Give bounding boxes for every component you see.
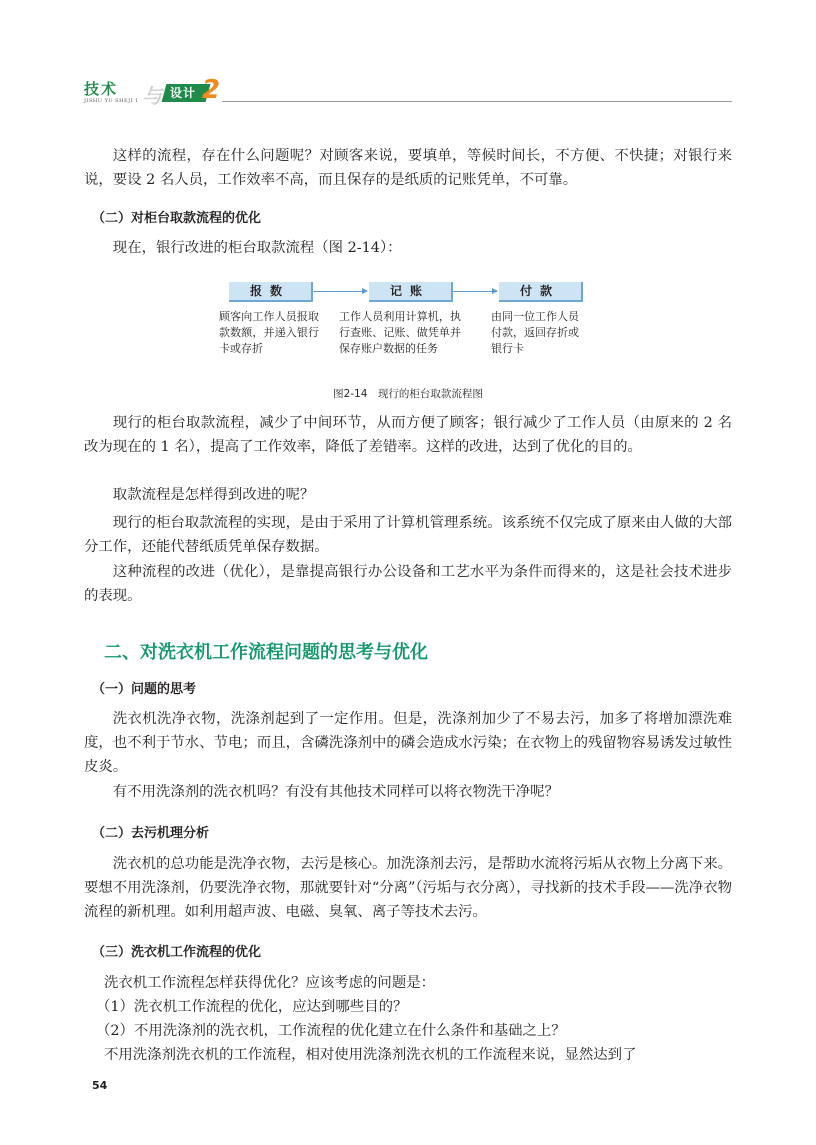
flow-step-fukuan: 付款 bbox=[499, 282, 583, 302]
flowchart: 报数 记账 付款 顾客向工作人员报取款数额，并递入银行卡或存折 工作人员利用计算… bbox=[219, 282, 599, 382]
paragraph-intro-figure: 现在，银行改进的柜台取款流程（图 2-14）： bbox=[84, 236, 732, 260]
page-number: 54 bbox=[92, 1079, 107, 1092]
subheading-counter-optimization: （二）对柜台取款流程的优化 bbox=[92, 207, 261, 226]
logo-number: 2 bbox=[202, 75, 220, 105]
paragraph-computer-system: 现行的柜台取款流程的实现，是由于采用了计算机管理系统。该系统不仅完成了原来由人做… bbox=[84, 511, 732, 559]
paragraph-detergent: 洗衣机洗净衣物，洗涤剂起到了一定作用。但是，洗涤剂加少了不易去污，加多了将增加漂… bbox=[84, 707, 732, 779]
paragraph-how-optimize: 洗衣机工作流程怎样获得优化？应该考虑的问题是： bbox=[104, 971, 732, 995]
arrow-icon bbox=[453, 291, 497, 292]
flow-step-baoshu: 报数 bbox=[229, 282, 313, 302]
flow-step-jizhang: 记账 bbox=[369, 282, 453, 302]
logo-connector: 与 bbox=[142, 80, 162, 109]
paragraph-mechanism: 洗衣机的总功能是洗净衣物，去污是核心。加洗涤剂去污，是帮助水流将污垢从衣物上分离… bbox=[84, 852, 732, 924]
subheading-washer-optimization: （三）洗衣机工作流程的优化 bbox=[92, 941, 261, 960]
logo-pinyin: JISHU YU SHEJI 1 bbox=[84, 98, 139, 104]
flow-desc-jizhang: 工作人员利用计算机，执行查账、记账、做凭单并保存账户数据的任务 bbox=[339, 309, 461, 357]
list-item-2: （2）不用洗涤剂的洗衣机，工作流程的优化建立在什么条件和基础之上？ bbox=[96, 1019, 724, 1043]
paragraph-question: 取款流程是怎样得到改进的呢？ bbox=[84, 483, 732, 507]
section-heading-washer: 二、对洗衣机工作流程问题的思考与优化 bbox=[104, 638, 428, 664]
paragraph-problems: 这样的流程，存在什么问题呢？对顾客来说，要填单，等候时间长，不方便、不快捷；对银… bbox=[84, 144, 732, 192]
header-rule bbox=[222, 101, 732, 102]
logo-jishu: 技术 bbox=[84, 78, 118, 99]
flow-desc-baoshu: 顾客向工作人员报取款数额，并递入银行卡或存折 bbox=[219, 309, 319, 357]
flow-desc-fukuan: 由同一位工作人员付款，返回存折或银行卡 bbox=[491, 309, 579, 357]
list-item-1: （1）洗衣机工作流程的优化，应达到哪些目的？ bbox=[96, 995, 724, 1019]
figure-caption: 图2-14 现行的柜台取款流程图 bbox=[0, 386, 816, 401]
subheading-mechanism: （二）去污机理分析 bbox=[92, 822, 209, 841]
paragraph-conclusion: 不用洗涤剂洗衣机的工作流程，相对使用洗涤剂洗衣机的工作流程来说，显然达到了 bbox=[104, 1043, 732, 1067]
paragraph-tech-progress: 这种流程的改进（优化），是靠提高银行办公设备和工艺水平为条件而得来的，这是社会技… bbox=[84, 560, 732, 608]
paragraph-no-detergent-question: 有不用洗涤剂的洗衣机吗？有没有其他技术同样可以将衣物洗干净呢？ bbox=[84, 780, 732, 804]
arrow-icon bbox=[313, 291, 367, 292]
subheading-problem-thinking: （一）问题的思考 bbox=[92, 678, 196, 697]
paragraph-current-process: 现行的柜台取款流程，减少了中间环节，从而方便了顾客；银行减少了工作人员（由原来的… bbox=[84, 411, 732, 459]
page-header: 技术 JISHU YU SHEJI 1 与 设计 2 bbox=[84, 78, 732, 114]
